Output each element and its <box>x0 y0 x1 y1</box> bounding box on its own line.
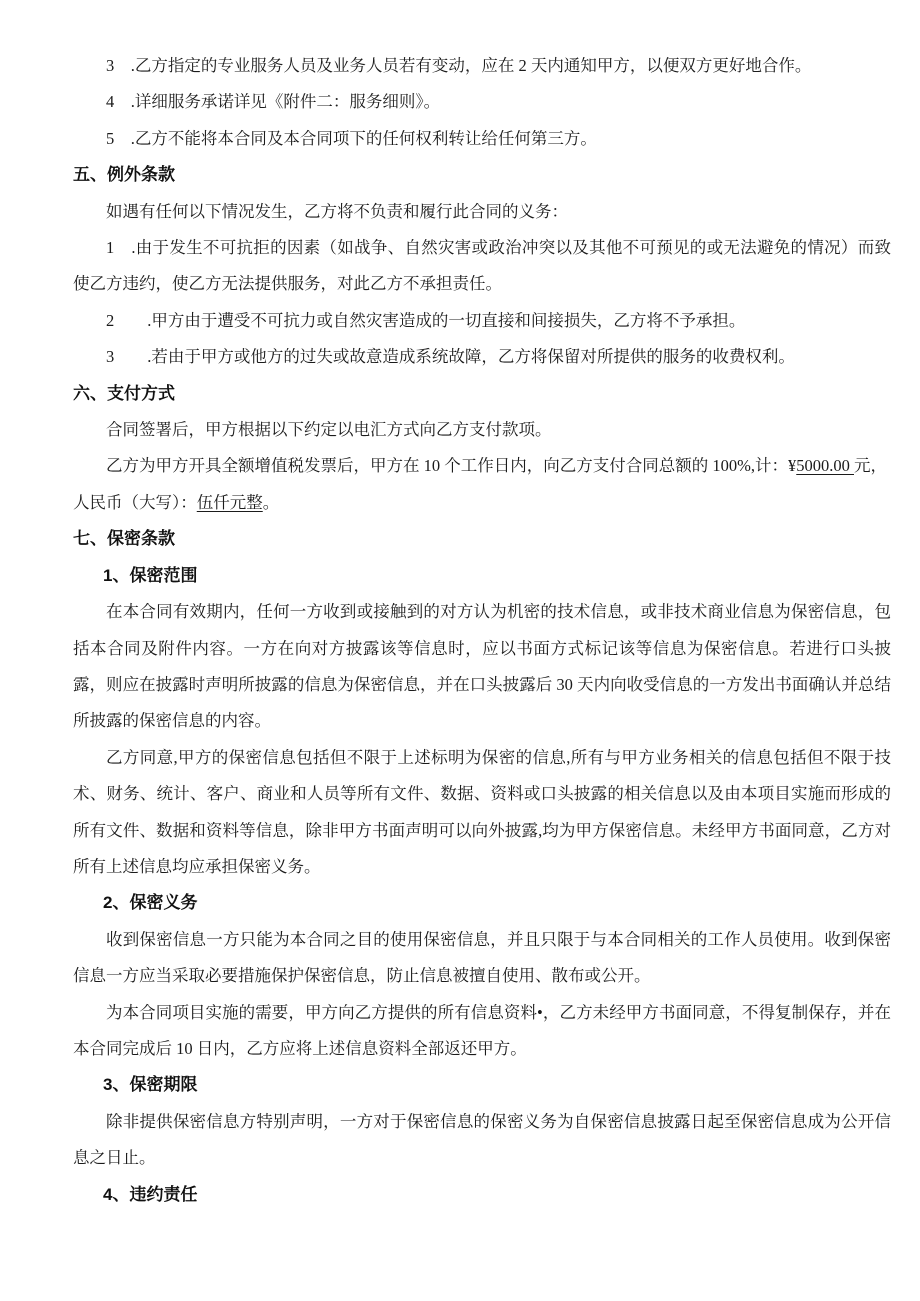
section7-sub1-para-2: 乙方同意,甲方的保密信息包括但不限于上述标明为保密的信息,所有与甲方业务相关的信… <box>73 740 891 886</box>
section7-sub3-para: 除非提供保密信息方特别声明，一方对于保密信息的保密义务为自保密信息披露日起至保密… <box>73 1104 891 1177</box>
text-run: 乙方为甲方开具全额增值税发票后，甲方在 10 个工作日内，向乙方支付合同总额的 … <box>106 456 796 475</box>
section7-sub2-heading: 2、保密义务 <box>73 885 891 921</box>
section7-sub2-para-2: 为本合同项目实施的需要，甲方向乙方提供的所有信息资料•，乙方未经甲方书面同意，不… <box>73 995 891 1068</box>
section5-item-1: 1 .由于发生不可抗拒的因素（如战争、自然灾害或政治冲突以及其他不可预见的或无法… <box>73 230 891 303</box>
section6-para-1: 合同签署后，甲方根据以下约定以电汇方式向乙方支付款项。 <box>73 412 891 448</box>
document-page: 3 .乙方指定的专业服务人员及业务人员若有变动，应在 2 天内通知甲方，以便双方… <box>73 48 891 1213</box>
section5-item-3: 3 .若由于甲方或他方的过失或故意造成系统故障，乙方将保留对所提供的服务的收费权… <box>73 339 891 375</box>
clause-item-5: 5 .乙方不能将本合同及本合同项下的任何权利转让给任何第三方。 <box>73 121 891 157</box>
section7-sub1-heading: 1、保密范围 <box>73 558 891 594</box>
section5-item-2: 2 .甲方由于遭受不可抗力或自然灾害造成的一切直接和间接损失，乙方将不予承担。 <box>73 303 891 339</box>
text-run: 人民币（大写）： <box>73 493 197 512</box>
clause-item-3: 3 .乙方指定的专业服务人员及业务人员若有变动，应在 2 天内通知甲方，以便双方… <box>73 48 891 84</box>
section7-heading: 七、保密条款 <box>73 521 891 557</box>
underlined-value: 伍仟元整 <box>197 493 263 512</box>
section6-para-2-payment: 乙方为甲方开具全额增值税发票后，甲方在 10 个工作日内，向乙方支付合同总额的 … <box>73 448 891 521</box>
section5-intro: 如遇有任何以下情况发生，乙方将不负责和履行此合同的义务： <box>73 194 891 230</box>
text-run: 元， <box>854 456 887 475</box>
underlined-value: 5000.00 <box>796 456 854 475</box>
section5-heading: 五、例外条款 <box>73 157 891 193</box>
text-run: 。 <box>263 493 280 512</box>
section7-sub4-heading: 4、违约责任 <box>73 1177 891 1213</box>
section6-heading: 六、支付方式 <box>73 376 891 412</box>
section7-sub1-para-1: 在本合同有效期内，任何一方收到或接触到的对方认为机密的技术信息，或非技术商业信息… <box>73 594 891 740</box>
clause-item-4: 4 .详细服务承诺详见《附件二：服务细则》。 <box>73 84 891 120</box>
section7-sub3-heading: 3、保密期限 <box>73 1067 891 1103</box>
section7-sub2-para-1: 收到保密信息一方只能为本合同之目的使用保密信息，并且只限于与本合同相关的工作人员… <box>73 922 891 995</box>
